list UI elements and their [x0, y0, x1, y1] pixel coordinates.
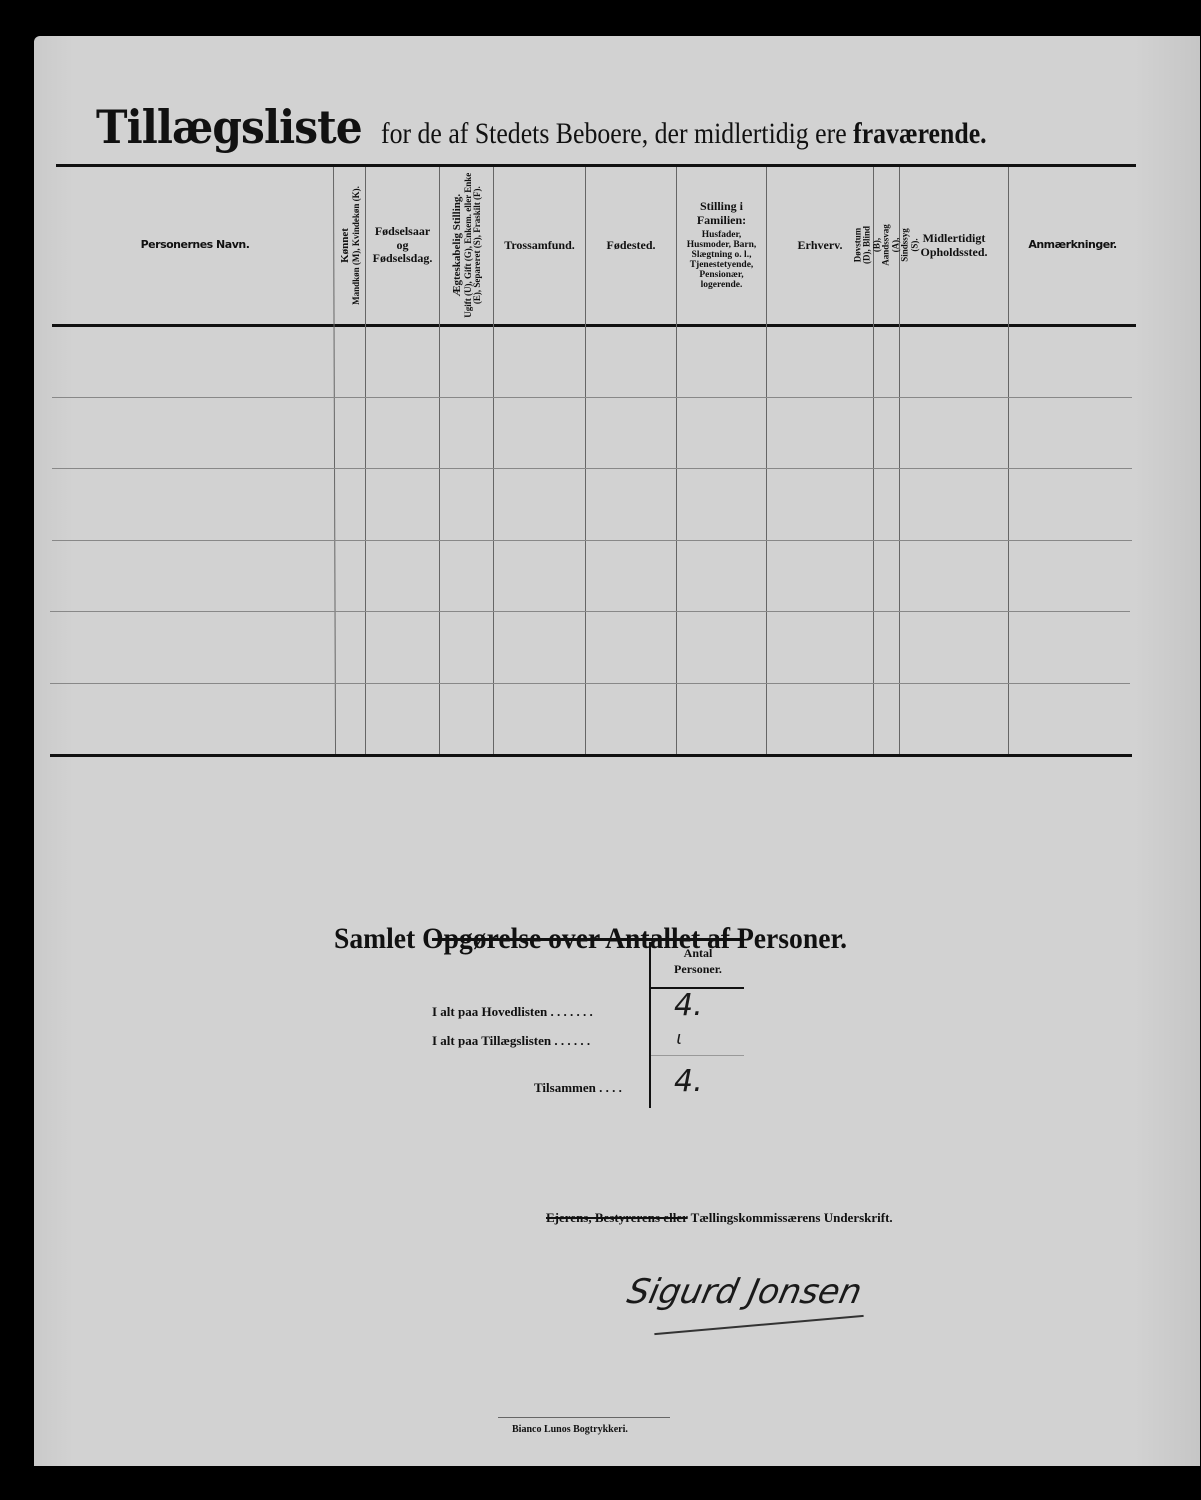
row-divider: [52, 468, 1132, 469]
header-fodselsaar-label: Fødselsaar og Fødselsdag.: [368, 225, 438, 266]
summary-column-header: Antal Personer.: [652, 946, 744, 977]
header-stilling-sublabel: Husfader, Husmoder, Barn, Slægtning o. l…: [679, 231, 765, 291]
header-aegteskabelig-stilling: Ægteskabelig Stilling. Ugift (U), Gift (…: [440, 167, 493, 324]
summary-top-rule: [432, 938, 744, 941]
form-title-main: Tillægsliste: [96, 100, 362, 154]
header-kjonnet-label: Kønnet: [340, 186, 352, 305]
summary-row-hovedlisten-value: 4.: [674, 988, 703, 1023]
header-fodested: Fødested.: [586, 167, 676, 324]
header-kjonnet: Kønnet Mandkøn (M), Kvindekøn (K).: [335, 167, 365, 324]
signature-caption-text: Tællingskommissærens Underskrift.: [691, 1210, 893, 1225]
summary-row-tilsammen-label: Tilsammen . . . .: [534, 1080, 622, 1096]
form-title: Tillægsliste for de af Stedets Beboere, …: [96, 100, 1146, 154]
row-divider: [50, 683, 1130, 684]
census-form-page: Tillægsliste for de af Stedets Beboere, …: [34, 36, 1200, 1466]
handwritten-signature: Sigurd Jonsen: [624, 1272, 866, 1312]
summary-row-tillaegslisten-label: I alt paa Tillægslisten . . . . . .: [432, 1033, 590, 1049]
header-aegteskabelig-sublabel: Ugift (U), Gift (G), Enkem. eller Enke (…: [463, 170, 482, 320]
summary-subtotal-rule: [651, 1055, 744, 1056]
summary-row-tilsammen-value: 4.: [674, 1064, 703, 1099]
header-aegteskabelig-label: Ægteskabelig Stilling.: [451, 170, 463, 320]
summary-row-tillaegslisten-value: ɩ: [676, 1028, 683, 1049]
row-divider: [52, 540, 1132, 541]
header-kjonnet-sublabel: Mandkøn (M), Kvindekøn (K).: [351, 186, 360, 305]
signature-caption-struck: Ejerens, Bestyrerens eller: [546, 1210, 688, 1225]
summary-column-header-line2: Personer.: [652, 962, 744, 978]
printer-imprint: Bianco Lunos Bogtrykkeri.: [512, 1424, 628, 1435]
header-trossamfund: Trossamfund.: [494, 167, 585, 324]
summary-column-header-line1: Antal: [652, 946, 744, 962]
summary-row-hovedlisten-label: I alt paa Hovedlisten . . . . . . .: [432, 1004, 593, 1020]
header-stilling-i-familien: Stilling i Familien: Husfader, Husmoder,…: [677, 167, 766, 324]
row-divider: [50, 611, 1130, 612]
header-stilling-label: Stilling i Familien:: [687, 200, 757, 228]
header-opholdssted-label: Midlertidigt Opholdssted.: [909, 232, 999, 260]
header-dovstum-blind: Døvstum (D), Blind (B), Aandssvag (A), S…: [874, 167, 899, 324]
form-title-subtitle-text: for de af Stedets Beboere, der midlertid…: [381, 117, 847, 150]
header-midlertidigt-opholdssted: Midlertidigt Opholdssted.: [900, 167, 1008, 324]
form-title-subtitle: for de af Stedets Beboere, der midlertid…: [381, 117, 987, 151]
row-divider: [52, 397, 1132, 398]
table-bottom-rule: [50, 754, 1132, 757]
printer-rule: [498, 1417, 670, 1418]
signature-caption: Ejerens, Bestyrerens eller Tællingskommi…: [546, 1210, 893, 1226]
summary-column-divider: [649, 942, 651, 1108]
header-fodselsaar: Fødselsaar og Fødselsdag.: [366, 167, 439, 324]
header-personernes-navn: Personernes Navn.: [56, 167, 334, 324]
header-anmerkninger: Anmærkninger.: [1009, 167, 1136, 324]
form-title-subtitle-bold: fraværende.: [853, 117, 987, 150]
table-header-bottom-rule: [52, 324, 1136, 327]
signature-flourish: [654, 1315, 863, 1335]
